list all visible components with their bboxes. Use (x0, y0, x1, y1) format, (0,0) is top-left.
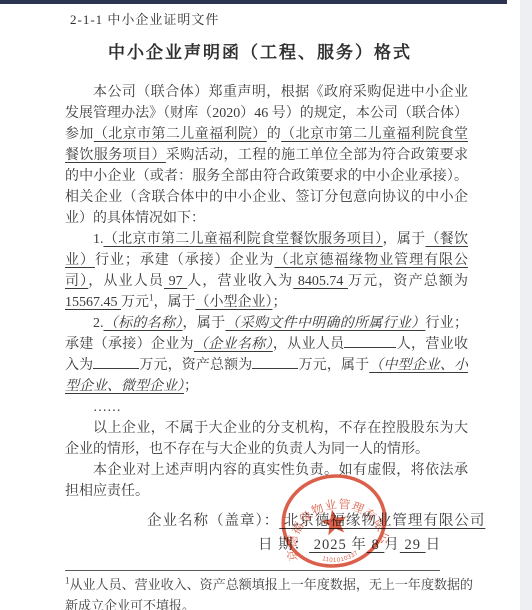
text-segment: 万元，属于 (298, 358, 369, 373)
signature-company-line: 企业名称（盖章）： 北京德福缘物业管理有限公司 (147, 509, 485, 530)
blank-field (252, 356, 298, 369)
text-segment: ； (273, 295, 287, 310)
text-segment: 97 (164, 274, 187, 289)
scan-top-edge (0, 0, 507, 4)
blank-field (344, 335, 396, 348)
text-segment: ，属于 (183, 316, 226, 331)
text-segment: 29 (400, 537, 426, 553)
text-segment: 行业；承建（承接）企业为 (95, 253, 275, 268)
text-segment: 的 (267, 127, 281, 142)
text-segment: 万元，资产总额为 (348, 274, 468, 289)
footnote-text: 从业人员、营业收入、资产总额填报上一年度数据，无上一年度数据的新成立企业可不填报… (65, 577, 473, 610)
footnote: 1从业人员、营业收入、资产总额填报上一年度数据，无上一年度数据的新成立企业可不填… (65, 574, 473, 610)
page-title: 中小企业声明函（工程、服务）格式 (0, 38, 520, 63)
text-segment: （北京市第二儿童福利院食堂餐饮服务项目） (104, 232, 383, 247)
paragraph-responsibility: 本企业对上述声明内容的真实性负责。如有虚假，将依法承担相应责任。 (65, 460, 468, 502)
paragraph-item1: 1.（北京市第二儿童福利院食堂餐饮服务项目），属于（餐饮业）行业；承建（承接）企… (65, 229, 468, 313)
text-segment: 万元，资产总额为 (139, 358, 252, 373)
paragraph-intro: 本公司（联合体）郑重声明，根据《政府采购促进中小企业发展管理办法》（财库（202… (65, 82, 468, 229)
doc-section-label: 2-1-1 中小企业证明文件 (70, 9, 219, 28)
text-segment: 日 (426, 537, 442, 553)
text-segment: 北京德福缘物业管理有限公司 (279, 513, 485, 529)
text-segment: ，属于 (383, 232, 426, 247)
text-segment: ； (184, 379, 198, 394)
text-segment: 8405.74 (293, 274, 348, 289)
text-segment: 企业名称（盖章）： (147, 513, 279, 529)
text-segment: （北京市第二儿童福利院） (94, 127, 267, 142)
text-segment: 2. (93, 316, 104, 331)
blank-field (93, 356, 139, 369)
text-segment: 月 (384, 537, 400, 553)
document-page: 2-1-1 中小企业证明文件 中小企业声明函（工程、服务）格式 本公司（联合体）… (0, 0, 532, 610)
signature-date-line: 日 期： 2025 年 8 月 29 日 (258, 533, 441, 554)
text-segment: ，属于 (154, 295, 196, 310)
text-segment: 人，营业收入为 (187, 274, 293, 289)
text-segment: （标的名称） (104, 316, 183, 331)
text-segment: 万元 (121, 295, 149, 310)
paragraph-branch-statement: 以上企业，不属于大企业的分支机构，不存在控股股东为大企业的情形，也不存在与大企业… (65, 418, 468, 460)
paragraph-ellipsis: …… (65, 397, 468, 418)
text-segment: 2025 (309, 537, 351, 553)
text-segment: 年 (351, 537, 367, 553)
scan-right-edge (520, 0, 532, 610)
text-segment: （采购文件中明确的所属行业） (225, 316, 425, 331)
text-segment: 15567.45 (65, 295, 121, 310)
text-segment: ，从业人员 (88, 274, 164, 289)
footnote-separator (65, 570, 440, 571)
text-segment: 1. (93, 232, 104, 247)
text-segment: 8 (367, 537, 385, 553)
text-segment: 日 期： (258, 537, 309, 553)
text-segment: （企业名称） (194, 337, 273, 352)
document-body: 本公司（联合体）郑重声明，根据《政府采购促进中小企业发展管理办法》（财库（202… (65, 82, 468, 502)
paragraph-item2: 2.（标的名称），属于（采购文件中明确的所属行业）行业；承建（承接）企业为（企业… (65, 313, 468, 397)
text-segment: （小型企业） (196, 295, 273, 310)
text-segment: ，从业人员 (273, 337, 345, 352)
